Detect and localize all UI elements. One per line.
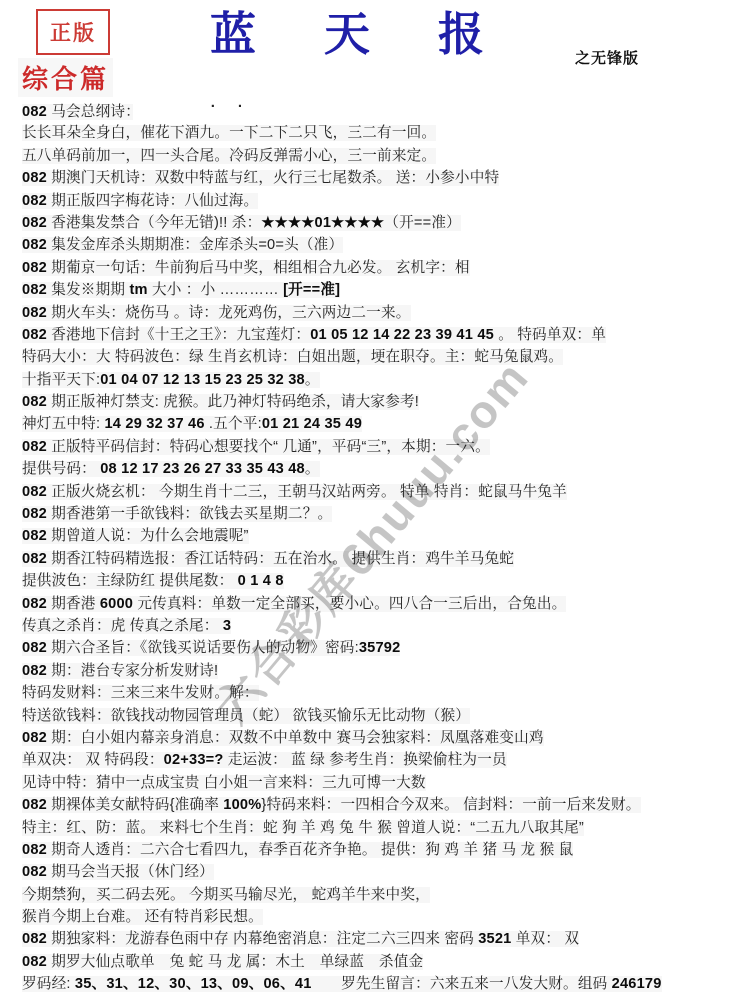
text-segment: 期火车头：烧伤马 。诗：龙死鸡伤，三六两边二一来。	[51, 305, 410, 321]
text-segment: 082	[22, 506, 51, 522]
text-segment: 正版火烧玄机： 今期生肖十二三，王朝马汉站两旁。 特单 特肖：蛇鼠马牛兔羊	[51, 484, 567, 500]
report-line-29: 082 期：白小姐内幕亲身消息：双数不中单数中 赛马会独家料：凤凰落难变山鸡	[22, 728, 748, 750]
text-segment: 传真之杀肖：虎 传真之杀尾：	[22, 618, 223, 634]
text-segment: 期六合圣旨：《欲钱买说话要伤人的动物》密码:	[51, 640, 359, 656]
report-line-10: 082 期火车头：烧伤马 。诗：龙死鸡伤，三六两边二一来。	[22, 303, 748, 325]
text-segment: 期香港第一手欲钱料：欲钱去买星期二？。	[51, 506, 332, 522]
text-segment: 0 1 4 8	[238, 573, 284, 589]
text-segment: 082	[22, 864, 51, 880]
report-line-22: 提供波色：主绿防红 提供尾数： 0 1 4 8	[22, 571, 748, 593]
text-segment: 08 12 17 23 26 27 33 35 43 48	[100, 461, 305, 477]
text-segment: 6000	[100, 596, 133, 612]
text-segment: 提供号码：	[22, 461, 100, 477]
text-segment: 正版特平码信封：特码心想要找个“ 几通”，平码“三”，本期：一六。	[51, 439, 490, 455]
text-segment: 082	[22, 215, 51, 231]
text-segment: 082	[22, 596, 51, 612]
text-segment: 大小 ：小 …………	[148, 282, 283, 298]
text-segment: 01 04 07 12 13 15 23 25 32 38	[100, 372, 305, 388]
report-line-27: 特码发财料：三来三来牛发财。解：	[22, 683, 748, 705]
text-segment: 082	[22, 305, 51, 321]
text-segment: 35、31、12、30、13、09、06、41	[75, 976, 312, 992]
text-segment: 猴肖今期上台难。 还有特肖彩民想。	[22, 909, 263, 925]
report-line-16: 082 正版特平码信封：特码心想要找个“ 几通”，平码“三”，本期：一六。	[22, 437, 748, 459]
text-segment: 期葡京一句话：牛前狗后马中奖，相组相合九必发。 玄机字：相	[51, 260, 469, 276]
report-body: 082 马会总纲诗：· ·长长耳朵全身白，催花下酒九。一下二下二只飞，三二有一回…	[22, 101, 748, 997]
text-segment: 元传真料：单数一定全部买，要小心。四八合一三后出，合兔出。	[133, 596, 566, 612]
text-segment: 长长耳朵全身白，催花下酒九。一下二下二只飞，三二有一回。	[22, 125, 436, 141]
text-segment: }特码来料：一四相合今双来。 信封料：一前一后来发财。	[261, 797, 640, 813]
text-segment: 082	[22, 237, 51, 253]
text-segment: 246179	[612, 976, 662, 992]
text-segment: 082	[22, 260, 51, 276]
text-segment: 特主：红、防：蓝。 来料七个生肖：蛇 狗 羊 鸡 兔 牛 猴 曾道人说：“二五九…	[22, 820, 584, 836]
text-segment: 082	[22, 842, 51, 858]
text-segment: 神灯五中特:	[22, 416, 104, 432]
report-line-8: 082 期葡京一句话：牛前狗后马中奖，相组相合九必发。 玄机字：相	[22, 258, 748, 280]
text-segment: 082	[22, 327, 51, 343]
text-segment: 35792	[359, 640, 401, 656]
text-segment: 罗先生留言：六来五来一八发大财。组码	[312, 976, 612, 992]
report-line-3: 五八单码前加一，四一头合尾。冷码反弹需小心，三一前来定。	[22, 146, 748, 168]
report-line-12: 特码大小：大 特码波色：绿 生肖玄机诗：白姐出题，埂在职夺。主：蛇马兔鼠鸡。	[22, 347, 748, 369]
text-segment: 082	[22, 282, 51, 298]
report-line-15: 神灯五中特: 14 29 32 37 46 .五个平:01 21 24 35 4…	[22, 414, 748, 436]
report-line-32: 082 期裸体美女献特码{准确率 100%}特码来料：一四相合今双来。 信封料：…	[22, 795, 748, 817]
text-segment: 期：港台专家分析发财诗!	[51, 663, 218, 679]
text-segment: 。 特码单双：单	[494, 327, 606, 343]
text-segment: 。	[305, 461, 320, 477]
text-segment: 082	[22, 663, 51, 679]
report-line-20: 082 期曾道人说：为什么会地震呢”	[22, 526, 748, 548]
report-line-13: 十指平天下:01 04 07 12 13 15 23 25 32 38。	[22, 370, 748, 392]
report-line-24: 传真之杀肖：虎 传真之杀尾： 3	[22, 616, 748, 638]
report-line-37: 猴肖今期上台难。 还有特肖彩民想。	[22, 907, 748, 929]
text-segment: 单双： 双	[511, 931, 579, 947]
text-segment: 期裸体美女献特码{准确率	[51, 797, 223, 813]
text-segment: 香港地下信封《十王之王》：九宝莲灯：	[51, 327, 310, 343]
text-segment: 期马会当天报（休门经）	[51, 864, 214, 880]
text-segment: 期香江特码精选报：香江话特码：五在治水。 提供生肖：鸡牛羊马兔蛇	[51, 551, 514, 567]
blue-sky-report-page: 正版 蓝 天 报 之无锋版 综合篇 六合彩库6huuu.com 082 马会总纲…	[0, 0, 752, 1000]
text-segment: 3521	[478, 931, 511, 947]
report-line-11: 082 香港地下信封《十王之王》：九宝莲灯：01 05 12 14 22 23 …	[22, 325, 748, 347]
report-line-5: 082 期正版四字梅花诗：八仙过海。	[22, 191, 748, 213]
text-segment: tm	[129, 282, 147, 298]
text-segment: 01 05 12 14 22 23 39 41 45	[310, 327, 494, 343]
text-segment: 082	[22, 640, 51, 656]
report-line-31: 见诗中特：猜中一点成宝贵 白小姐一言来料：三九可博一大数	[22, 773, 748, 795]
text-segment: （开==准）	[384, 215, 461, 231]
report-line-36: 今期禁狗，买二码去死。 今期买马输尽光， 蛇鸡羊牛来中奖，	[22, 885, 748, 907]
text-segment: 集发※期期	[51, 282, 129, 298]
report-line-25: 082 期六合圣旨：《欲钱买说话要伤人的动物》密码:35792	[22, 638, 748, 660]
text-segment: 期曾道人说：为什么会地震呢”	[51, 528, 248, 544]
text-segment: ★★★★01★★★★	[261, 215, 384, 231]
text-segment: 单双决： 双 特码段：	[22, 752, 164, 768]
text-segment: 01 21 24 35 49	[262, 416, 362, 432]
report-line-7: 082 集发金库杀头期期准：金库杀头=0=头（准）	[22, 235, 748, 257]
text-segment: 期独家料：龙游春色雨中存 内幕绝密消息：注定二六三四来 密码	[51, 931, 478, 947]
text-segment: 082	[22, 797, 51, 813]
report-line-30: 单双决： 双 特码段：02+33=? 走运波： 蓝 绿 参考生肖：换梁偷柱为一员	[22, 750, 748, 772]
report-line-40: 罗码经: 35、31、12、30、13、09、06、41 罗先生留言：六来五来一…	[22, 974, 748, 996]
text-segment: 期香港	[51, 596, 100, 612]
text-segment: 082	[22, 528, 51, 544]
text-segment: 五八单码前加一，四一头合尾。冷码反弹需小心，三一前来定。	[22, 148, 436, 164]
text-segment: 特码发财料：三来三来牛发财。解：	[22, 685, 259, 701]
text-segment: 罗码经:	[22, 976, 75, 992]
text-segment: 082	[22, 193, 51, 209]
report-line-17: 提供号码： 08 12 17 23 26 27 33 35 43 48。	[22, 459, 748, 481]
text-segment: 02+33=?	[164, 752, 224, 768]
text-segment: 082	[22, 394, 51, 410]
report-line-38: 082 期独家料：龙游春色雨中存 内幕绝密消息：注定二六三四来 密码 3521 …	[22, 929, 748, 951]
text-segment: 见诗中特：猜中一点成宝贵 白小姐一言来料：三九可博一大数	[22, 775, 426, 791]
report-line-6: 082 香港集发禁合（今年无错)!! 杀：★★★★01★★★★（开==准）	[22, 213, 748, 235]
text-segment: 082	[22, 439, 51, 455]
text-segment: 。	[305, 372, 320, 388]
edition-label: 之无锋版	[575, 47, 639, 68]
report-line-2: 长长耳朵全身白，催花下酒九。一下二下二只飞，三二有一回。	[22, 123, 748, 145]
report-line-33: 特主：红、防：蓝。 来料七个生肖：蛇 狗 羊 鸡 兔 牛 猴 曾道人说：“二五九…	[22, 818, 748, 840]
text-segment: 082	[22, 484, 51, 500]
text-segment: 082	[22, 170, 51, 186]
report-line-35: 082 期马会当天报（休门经）	[22, 862, 748, 884]
text-segment: 082	[22, 931, 51, 947]
text-segment: 特送欲钱料：欲钱找动物园管理员（蛇） 欲钱买愉乐无比动物（猴）	[22, 708, 470, 724]
text-segment: 期正版神灯禁支: 虎猴。此乃神灯特码绝杀，请大家参考!	[51, 394, 419, 410]
text-segment: 提供波色：主绿防红 提供尾数：	[22, 573, 238, 589]
report-line-4: 082 期澳门天机诗：双数中特蓝与红，火行三七尾数杀。 送：小参小中特	[22, 168, 748, 190]
text-segment: 期罗大仙点歌单 兔 蛇 马 龙 属：木土 单绿蓝 杀值金	[51, 954, 423, 970]
text-segment: 香港集发禁合（今年无错)!! 杀：	[51, 215, 261, 231]
report-line-9: 082 集发※期期 tm 大小 ：小 ………… [开==准]	[22, 280, 748, 302]
text-segment: 集发金库杀头期期准：金库杀头=0=头（准）	[51, 237, 343, 253]
report-line-21: 082 期香江特码精选报：香江话特码：五在治水。 提供生肖：鸡牛羊马兔蛇	[22, 549, 748, 571]
text-segment: 马会总纲诗：	[51, 104, 132, 120]
report-line-18: 082 正版火烧玄机： 今期生肖十二三，王朝马汉站两旁。 特单 特肖：蛇鼠马牛兔…	[22, 482, 748, 504]
text-segment: 082	[22, 104, 51, 120]
dots-mark: · ·	[211, 98, 252, 115]
section-heading: 综合篇	[18, 58, 113, 97]
report-line-34: 082 期奇人透肖：二六合七看四九，春季百花齐争艳。 提供：狗 鸡 羊 猪 马 …	[22, 840, 748, 862]
text-segment: 082	[22, 730, 51, 746]
text-segment: 期：白小姐内幕亲身消息：双数不中单数中 赛马会独家料：凤凰落难变山鸡	[51, 730, 543, 746]
text-segment: 走运波： 蓝 绿 参考生肖：换梁偷柱为一员	[223, 752, 506, 768]
report-line-19: 082 期香港第一手欲钱料：欲钱去买星期二？。	[22, 504, 748, 526]
text-segment: 082	[22, 954, 51, 970]
text-segment: 3	[223, 618, 231, 634]
report-line-26: 082 期：港台专家分析发财诗!	[22, 661, 748, 683]
text-segment: 期正版四字梅花诗：八仙过海。	[51, 193, 258, 209]
report-line-39: 082 期罗大仙点歌单 兔 蛇 马 龙 属：木土 单绿蓝 杀值金	[22, 952, 748, 974]
text-segment: .五个平:	[205, 416, 262, 432]
text-segment: 期澳门天机诗：双数中特蓝与红，火行三七尾数杀。 送：小参小中特	[51, 170, 499, 186]
report-line-14: 082 期正版神灯禁支: 虎猴。此乃神灯特码绝杀，请大家参考!	[22, 392, 748, 414]
text-segment: 100%	[223, 797, 261, 813]
report-line-28: 特送欲钱料：欲钱找动物园管理员（蛇） 欲钱买愉乐无比动物（猴）	[22, 706, 748, 728]
text-segment: 期奇人透肖：二六合七看四九，春季百花齐争艳。 提供：狗 鸡 羊 猪 马 龙 猴 …	[51, 842, 573, 858]
text-segment: 十指平天下:	[22, 372, 100, 388]
text-segment: 今期禁狗，买二码去死。 今期买马输尽光， 蛇鸡羊牛来中奖，	[22, 887, 430, 903]
text-segment: 特码大小：大 特码波色：绿 生肖玄机诗：白姐出题，埂在职夺。主：蛇马兔鼠鸡。	[22, 349, 563, 365]
text-segment: 14 29 32 37 46	[104, 416, 204, 432]
text-segment: 082	[22, 551, 51, 567]
text-segment: [开==准]	[283, 282, 340, 298]
report-line-1: 082 马会总纲诗：· ·	[22, 101, 748, 123]
report-line-23: 082 期香港 6000 元传真料：单数一定全部买，要小心。四八合一三后出，合兔…	[22, 594, 748, 616]
